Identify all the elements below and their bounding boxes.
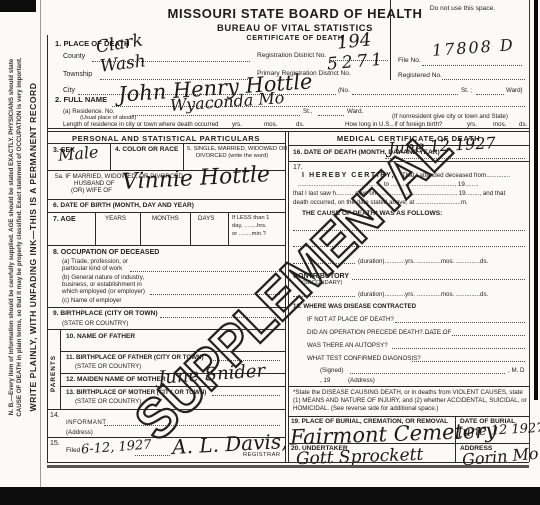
signed-address-label: (Address): [348, 378, 375, 384]
dotted-line: [422, 65, 522, 66]
footnote-line3: HOMICIDAL. (See reverse side for additio…: [293, 406, 438, 412]
scan-edge-topleft: [0, 0, 36, 12]
full-name-label: 2. FULL NAME: [55, 96, 107, 104]
personal-section-header: PERSONAL AND STATISTICAL PARTICULARS: [47, 135, 285, 143]
birthplace-label: 9. BIRTHPLACE (CITY OR TOWN): [53, 311, 158, 318]
birthplace-state-label: (STATE OR COUNTRY): [62, 321, 128, 327]
duration-line-2: (duration)............yrs. .............…: [358, 292, 488, 298]
form-bottom-border-thick: [47, 465, 529, 468]
informant-label: INFORMANT: [66, 420, 106, 426]
dotted-line: [392, 348, 525, 349]
file-no-label: File No.: [398, 58, 421, 65]
father-birthplace-state-label: (STATE OR COUNTRY): [75, 364, 141, 370]
father-name-label: 10. NAME OF FATHER: [66, 334, 135, 341]
informant-address-label: (Address): [66, 430, 93, 436]
form-bottom-border: [47, 462, 529, 463]
footnote-line1: *State the DISEASE CAUSING DEATH, or in …: [293, 390, 523, 396]
row-line: [288, 416, 529, 417]
certificate-subtitle: CERTIFICATE OF DEATH: [130, 34, 460, 41]
dotted-line: [352, 94, 458, 95]
dotted-line: [350, 373, 505, 374]
dotted-line: [412, 361, 525, 362]
row-line: [47, 212, 285, 213]
margin-note-nb: N. B.—Every item of information should b…: [8, 19, 24, 455]
registered-no-label: Registered No.: [398, 73, 442, 80]
township-value-handwriting: Wash: [99, 53, 147, 75]
occupation-a-line2: particular kind of work: [62, 266, 122, 272]
informant-number: 14.: [50, 412, 60, 419]
wife-of-label: (OR) WIFE OF: [71, 188, 112, 194]
spouse-value-handwriting: Vinnie Hottle: [122, 164, 271, 194]
row-line: [288, 443, 529, 444]
row-line: [47, 245, 285, 246]
filed-date-handwriting: 6-12, 1927: [81, 439, 152, 457]
age-less-label-line1: If LESS than 1: [232, 216, 269, 222]
dotted-line: [452, 335, 525, 336]
item-17-number: 17.: [293, 164, 303, 171]
age-days-label: DAYS: [198, 216, 214, 222]
city-no-label: (No.: [338, 88, 350, 94]
signed-year-label: , 19: [320, 378, 330, 384]
residence-ward-label: Ward.: [347, 109, 363, 115]
dotted-line: [395, 322, 525, 323]
death-certificate-scan: N. B.—Every item of information should b…: [0, 0, 540, 505]
marital-label-line1: 5. SINGLE, MARRIED, WIDOWED OR: [187, 147, 288, 153]
bureau-subtitle: BUREAU OF VITAL STATISTICS: [130, 23, 460, 32]
city-label: City: [63, 87, 75, 94]
age-years-label: YEARS: [105, 216, 126, 222]
date-of-label: DATE OF: [425, 330, 451, 336]
occupation-label: 8. OCCUPATION OF DECEASED: [53, 249, 159, 256]
color-race-label: 4. COLOR OR RACE: [115, 147, 178, 154]
cell-divider: [95, 212, 96, 245]
marital-label-line2: DIVORCED (write the word): [196, 154, 268, 160]
parents-strip-label: PARENTS: [50, 355, 57, 392]
scan-edge-right: [534, 0, 538, 400]
dotted-line: [318, 115, 344, 116]
dotted-line: [135, 455, 170, 456]
test-confirmed-label: WHAT TEST CONFIRMED DIAGNOSIS?: [307, 356, 421, 362]
double-rule: [47, 128, 529, 129]
age-less-label-line2: day, ........hrs.: [232, 224, 267, 230]
scan-edge-bottom: [0, 487, 540, 505]
cell-divider: [228, 212, 229, 245]
file-no-value-handwriting: 17808 D: [432, 37, 516, 59]
registrar-label: REGISTRAR: [243, 453, 280, 459]
age-label: 7. AGE: [53, 216, 76, 223]
header-divider-line: [390, 0, 391, 80]
dotted-line: [476, 94, 504, 95]
age-months-label: MONTHS: [152, 216, 179, 222]
cell-divider: [140, 212, 141, 245]
age-less-label-line3: or ........min.?: [232, 232, 266, 238]
date-of-burial-value-handwriting: June 12 1927: [457, 422, 540, 440]
primary-district-value-handwriting: 5271: [326, 51, 387, 73]
cell-divider: [190, 212, 191, 245]
row-line: [47, 199, 285, 200]
do-not-use-label: Do not use this space.: [400, 6, 525, 13]
sex-value-handwriting: Male: [57, 144, 99, 163]
registration-district-value-handwriting: 194: [336, 31, 372, 52]
margin-fold-line: [40, 0, 41, 487]
md-label: , M. D: [508, 368, 525, 374]
form-right-border: [529, 0, 530, 462]
township-label: Township: [63, 71, 92, 78]
residence-st-label: St.,: [303, 109, 312, 115]
if-not-at-place-label: IF NOT AT PLACE OF DEATH?: [307, 317, 394, 323]
row-line: [288, 386, 529, 387]
county-label: County: [63, 53, 85, 60]
city-st-label: St. ;: [461, 88, 472, 94]
margin-note-nb-line2: CAUSE OF DEATH in plain terms, so that i…: [16, 19, 24, 455]
footnote-line2: (1) MEANS AND NATURE OF INJURY, and (2) …: [293, 398, 527, 404]
occupation-b-line3: which employed (or employer): [62, 289, 145, 295]
registration-district-label: Registration District No.: [257, 53, 326, 60]
signed-label: (Signed): [320, 368, 343, 374]
dotted-line: [132, 115, 300, 116]
filed-label: Filed: [66, 448, 80, 455]
autopsy-label: WAS THERE AN AUTOPSY?: [307, 343, 388, 349]
occupation-c-label: (c) Name of employer: [62, 298, 122, 304]
filed-number: 15.: [50, 440, 60, 447]
dotted-line: [442, 79, 525, 80]
cell-divider: [110, 143, 111, 170]
margin-note-nb-line1: N. B.—Every item of information should b…: [8, 19, 16, 455]
margin-note-permanent-record: WRITE PLAINLY, WITH UNFADING INK—THIS IS…: [28, 62, 38, 432]
date-of-birth-label: 6. DATE OF BIRTH (MONTH, DAY AND YEAR): [53, 203, 194, 210]
nonresident-note: (If nonresident give city or town and St…: [392, 114, 508, 120]
parents-strip-divider: [60, 329, 61, 409]
city-ward-label: Ward): [506, 88, 523, 94]
duration-line: (duration)............yrs. .............…: [358, 259, 488, 265]
dotted-line: [352, 279, 525, 280]
form-left-border: [47, 35, 48, 462]
